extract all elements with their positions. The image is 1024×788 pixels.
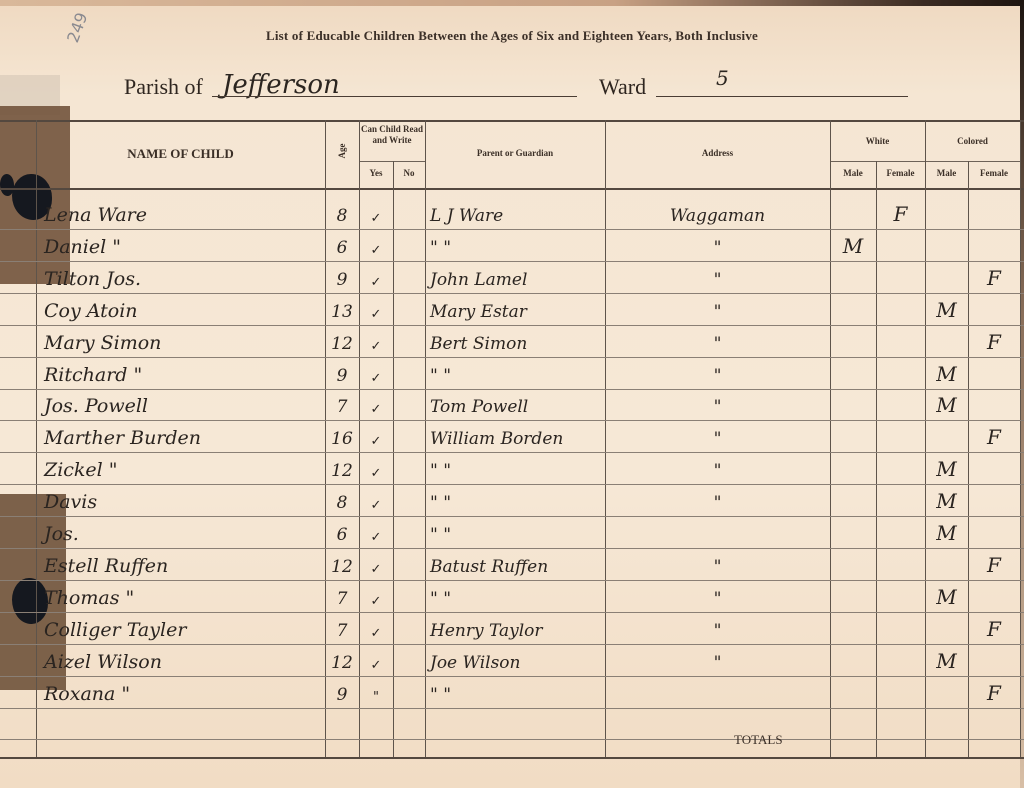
child-name: Zickel " — [44, 459, 118, 481]
cell-address — [605, 517, 830, 548]
cell-parent: William Borden — [430, 421, 605, 452]
cell-yes: ✓ — [359, 613, 393, 644]
cell-wm — [830, 549, 876, 580]
header-colored: Colored — [925, 136, 1020, 146]
cell-wf — [876, 453, 925, 484]
cell-parent: Henry Taylor — [430, 613, 605, 644]
cell-age: 12 — [325, 326, 359, 357]
cell-parent: Tom Powell — [430, 389, 605, 420]
cm-value: M — [936, 457, 956, 481]
cell-cm: M — [925, 453, 968, 484]
address-value: " — [714, 461, 722, 481]
cell-wm — [830, 453, 876, 484]
form-title: List of Educable Children Between the Ag… — [0, 28, 1024, 44]
cell-address: " — [605, 230, 830, 261]
cell-wf — [876, 358, 925, 389]
cell-wf — [876, 262, 925, 293]
cell-yes: ✓ — [359, 421, 393, 452]
cell-age: 8 — [325, 198, 359, 229]
cm-value: M — [936, 585, 956, 609]
cell-wf — [876, 645, 925, 676]
address-value: " — [714, 621, 722, 641]
cell-parent: " " — [430, 453, 605, 484]
cell-cf — [968, 453, 1020, 484]
age-value: 7 — [337, 621, 348, 641]
child-name: Marther Burden — [44, 427, 201, 449]
cell-address: " — [605, 421, 830, 452]
cell-age: 6 — [325, 230, 359, 261]
cell-wm — [830, 581, 876, 612]
cell-wm — [830, 421, 876, 452]
age-value: 12 — [331, 653, 353, 673]
binder-hole-edge-top — [0, 174, 14, 196]
cell-cf: F — [968, 262, 1020, 293]
cell-parent: Bert Simon — [430, 326, 605, 357]
cell-parent: " " — [430, 677, 605, 708]
child-name: Thomas " — [44, 587, 134, 609]
cell-cm: M — [925, 389, 968, 420]
cm-value: M — [936, 298, 956, 322]
check-mark-icon: ✓ — [371, 243, 382, 258]
cell-cm — [925, 549, 968, 580]
cell-name: Thomas " — [44, 581, 324, 612]
cell-cf: F — [968, 421, 1020, 452]
cell-wf — [876, 485, 925, 516]
check-mark-icon: ✓ — [371, 402, 382, 417]
cell-yes: ✓ — [359, 262, 393, 293]
cell-age: 12 — [325, 549, 359, 580]
age-value: 7 — [337, 589, 348, 609]
cell-cf: F — [968, 549, 1020, 580]
header-name: NAME OF CHILD — [36, 146, 325, 162]
header-address: Address — [605, 148, 830, 158]
age-value: 13 — [331, 302, 353, 322]
cell-cm — [925, 230, 968, 261]
table-bottom-rule — [0, 757, 1024, 759]
age-value: 7 — [337, 397, 348, 417]
check-mark-icon: ✓ — [371, 434, 382, 449]
cf-value: F — [987, 553, 1001, 577]
parish-label: Parish of — [124, 74, 203, 100]
header-bottom-rule — [0, 188, 1024, 190]
cell-parent: " " — [430, 517, 605, 548]
parent-value: " " — [430, 493, 451, 513]
header-white-female: Female — [876, 168, 925, 178]
age-value: 9 — [337, 366, 348, 386]
cell-cm — [925, 677, 968, 708]
parent-value: " " — [430, 589, 451, 609]
child-name: Daniel " — [44, 236, 121, 258]
cell-age: 7 — [325, 613, 359, 644]
cell-age: 9 — [325, 358, 359, 389]
cell-cf: F — [968, 613, 1020, 644]
cell-parent: " " — [430, 230, 605, 261]
parent-value: " " — [430, 525, 451, 545]
cell-wf — [876, 581, 925, 612]
cell-parent: L J Ware — [430, 198, 605, 229]
header-parent: Parent or Guardian — [425, 148, 605, 158]
child-name: Coy Atoin — [44, 300, 138, 322]
address-value: " — [714, 302, 722, 322]
cell-address — [605, 677, 830, 708]
cell-wm — [830, 645, 876, 676]
cell-cm — [925, 326, 968, 357]
address-value: " — [714, 557, 722, 577]
cell-age: 12 — [325, 453, 359, 484]
parent-value: Joe Wilson — [430, 653, 520, 673]
cell-name: Marther Burden — [44, 421, 324, 452]
cell-name: Daniel " — [44, 230, 324, 261]
cell-wm — [830, 485, 876, 516]
readwrite-subrule — [359, 161, 425, 162]
cell-yes: ✓ — [359, 326, 393, 357]
cell-name: Lena Ware — [44, 198, 324, 229]
cell-name: Ritchard " — [44, 358, 324, 389]
ward-value: 5 — [716, 66, 729, 90]
cell-yes: ✓ — [359, 581, 393, 612]
cell-cf — [968, 645, 1020, 676]
cell-address: " — [605, 326, 830, 357]
cell-age: 7 — [325, 389, 359, 420]
cell-address: " — [605, 453, 830, 484]
ward-label: Ward — [599, 74, 646, 100]
totals-label: TOTALS — [734, 732, 783, 748]
cell-age: 9 — [325, 262, 359, 293]
paper-top-edge — [0, 0, 1024, 6]
cell-name: Zickel " — [44, 453, 324, 484]
address-value: Waggaman — [670, 206, 765, 226]
cell-address: " — [605, 294, 830, 325]
child-name: Tilton Jos. — [44, 268, 141, 290]
cell-wf: F — [876, 198, 925, 229]
cf-value: F — [987, 266, 1001, 290]
cell-cm: M — [925, 294, 968, 325]
cell-yes: ✓ — [359, 230, 393, 261]
cf-value: F — [987, 425, 1001, 449]
cell-wm — [830, 389, 876, 420]
parent-value: Bert Simon — [430, 334, 527, 354]
cell-yes: ✓ — [359, 198, 393, 229]
cell-name: Jos. — [44, 517, 324, 548]
age-value: 9 — [337, 685, 348, 705]
cell-wf — [876, 549, 925, 580]
age-value: 12 — [331, 334, 353, 354]
child-name: Colliger Tayler — [44, 619, 186, 641]
cell-name: Aizel Wilson — [44, 645, 324, 676]
col-line-parent — [425, 120, 426, 757]
binder-hole-bottom — [12, 578, 48, 624]
cell-wf — [876, 421, 925, 452]
cell-yes: ✓ — [359, 358, 393, 389]
cell-parent: " " — [430, 485, 605, 516]
child-name: Estell Ruffen — [44, 555, 168, 577]
cell-name: Coy Atoin — [44, 294, 324, 325]
cell-wm — [830, 326, 876, 357]
check-mark-icon: ✓ — [371, 658, 382, 673]
cell-cm — [925, 198, 968, 229]
cell-wm — [830, 517, 876, 548]
cell-age: 8 — [325, 485, 359, 516]
cell-yes: ✓ — [359, 517, 393, 548]
cell-cf — [968, 358, 1020, 389]
cm-value: M — [936, 649, 956, 673]
cm-value: M — [936, 521, 956, 545]
cell-parent: Batust Ruffen — [430, 549, 605, 580]
check-mark-icon: ✓ — [371, 275, 382, 290]
cell-address: " — [605, 485, 830, 516]
check-mark-icon: ✓ — [371, 498, 382, 513]
wf-value: F — [894, 202, 908, 226]
cf-value: F — [987, 681, 1001, 705]
age-value: 9 — [337, 270, 348, 290]
col-line-right — [1020, 120, 1021, 757]
cell-wm — [830, 294, 876, 325]
col-line-margin — [36, 120, 37, 757]
cell-wm — [830, 262, 876, 293]
child-name: Ritchard " — [44, 364, 142, 386]
header-white-male: Male — [830, 168, 876, 178]
header-no: No — [393, 168, 425, 178]
cell-name: Estell Ruffen — [44, 549, 324, 580]
cell-cm: M — [925, 581, 968, 612]
child-name: Aizel Wilson — [44, 651, 162, 673]
cell-parent: " " — [430, 358, 605, 389]
cell-cm: M — [925, 358, 968, 389]
parish-underline — [212, 96, 577, 97]
cell-parent: Joe Wilson — [430, 645, 605, 676]
address-value: " — [714, 334, 722, 354]
cell-yes: " — [359, 677, 393, 708]
cell-cm: M — [925, 517, 968, 548]
check-mark-icon: ✓ — [371, 562, 382, 577]
check-mark-icon: ✓ — [371, 626, 382, 641]
check-mark-icon: ✓ — [371, 371, 382, 386]
header-yes: Yes — [359, 168, 393, 178]
parent-value: " " — [430, 366, 451, 386]
cell-wf — [876, 294, 925, 325]
cell-cm — [925, 613, 968, 644]
cell-age: 16 — [325, 421, 359, 452]
address-value: " — [714, 589, 722, 609]
check-mark-icon: ✓ — [371, 211, 382, 226]
cell-name: Jos. Powell — [44, 389, 324, 420]
cell-wm — [830, 677, 876, 708]
child-name: Mary Simon — [44, 332, 161, 354]
cell-cm — [925, 421, 968, 452]
cell-wf — [876, 326, 925, 357]
check-mark-icon: ✓ — [371, 307, 382, 322]
ward-underline — [656, 96, 908, 97]
cell-name: Mary Simon — [44, 326, 324, 357]
address-value: " — [714, 397, 722, 417]
cell-address: " — [605, 613, 830, 644]
parent-value: John Lamel — [430, 270, 527, 290]
cell-address: " — [605, 262, 830, 293]
parent-value: William Borden — [430, 429, 563, 449]
check-mark-icon: ✓ — [371, 466, 382, 481]
address-value: " — [714, 366, 722, 386]
address-value: " — [714, 270, 722, 290]
cell-age: 7 — [325, 581, 359, 612]
check-mark-icon: ✓ — [371, 594, 382, 609]
age-value: 6 — [337, 238, 348, 258]
cell-parent: " " — [430, 581, 605, 612]
address-value: " — [714, 653, 722, 673]
parent-value: Batust Ruffen — [430, 557, 548, 577]
header-age: Age — [337, 137, 347, 165]
cell-cm — [925, 262, 968, 293]
cell-wf — [876, 677, 925, 708]
cell-yes: ✓ — [359, 294, 393, 325]
cell-cf: F — [968, 677, 1020, 708]
parent-value: " " — [430, 685, 451, 705]
cell-wf — [876, 389, 925, 420]
age-value: 8 — [337, 206, 348, 226]
cm-value: M — [936, 489, 956, 513]
cell-parent: Mary Estar — [430, 294, 605, 325]
age-value: 16 — [331, 429, 353, 449]
cm-value: M — [936, 362, 956, 386]
table-top-rule — [0, 120, 1024, 122]
col-line-no — [393, 161, 394, 757]
cell-yes: ✓ — [359, 453, 393, 484]
check-mark-icon: " — [373, 690, 379, 705]
cell-wm — [830, 358, 876, 389]
cell-yes: ✓ — [359, 645, 393, 676]
header-white: White — [830, 136, 925, 146]
cell-parent: John Lamel — [430, 262, 605, 293]
cell-wm: M — [830, 230, 876, 261]
cell-wf — [876, 613, 925, 644]
header-read-write: Can Child Read and Write — [361, 124, 423, 146]
cell-cf — [968, 517, 1020, 548]
child-name: Jos. — [44, 523, 79, 545]
cell-age: 12 — [325, 645, 359, 676]
check-mark-icon: ✓ — [371, 339, 382, 354]
cell-address: " — [605, 549, 830, 580]
parent-value: Mary Estar — [430, 302, 527, 322]
cell-yes: ✓ — [359, 549, 393, 580]
address-value: " — [714, 493, 722, 513]
cell-cf — [968, 230, 1020, 261]
parent-value: Henry Taylor — [430, 621, 543, 641]
cell-age: 13 — [325, 294, 359, 325]
header-colored-female: Female — [968, 168, 1020, 178]
row-rule — [0, 739, 1024, 740]
cell-address: " — [605, 389, 830, 420]
cell-cf — [968, 485, 1020, 516]
parent-value: " " — [430, 461, 451, 481]
cell-age: 6 — [325, 517, 359, 548]
address-value: " — [714, 238, 722, 258]
cell-cf: F — [968, 326, 1020, 357]
cell-wm — [830, 613, 876, 644]
cell-wm — [830, 198, 876, 229]
cell-name: Colliger Tayler — [44, 613, 324, 644]
cell-address: " — [605, 358, 830, 389]
check-mark-icon: ✓ — [371, 530, 382, 545]
cell-address: " — [605, 581, 830, 612]
cell-address: " — [605, 645, 830, 676]
child-name: Jos. Powell — [44, 395, 148, 417]
cell-name: Roxana " — [44, 677, 324, 708]
wm-value: M — [843, 234, 863, 258]
cell-cf — [968, 389, 1020, 420]
cell-age: 9 — [325, 677, 359, 708]
cell-address: Waggaman — [605, 198, 830, 229]
age-value: 12 — [331, 557, 353, 577]
child-name: Davis — [44, 491, 97, 513]
age-value: 12 — [331, 461, 353, 481]
cell-cf — [968, 198, 1020, 229]
age-value: 8 — [337, 493, 348, 513]
cell-yes: ✓ — [359, 485, 393, 516]
header-colored-male: Male — [925, 168, 968, 178]
cm-value: M — [936, 393, 956, 417]
cell-wf — [876, 230, 925, 261]
cell-name: Tilton Jos. — [44, 262, 324, 293]
cell-cm: M — [925, 485, 968, 516]
parent-value: Tom Powell — [430, 397, 528, 417]
cell-cm: M — [925, 645, 968, 676]
cell-name: Davis — [44, 485, 324, 516]
cell-cf — [968, 294, 1020, 325]
address-value: " — [714, 429, 722, 449]
child-name: Lena Ware — [44, 204, 147, 226]
parent-value: " " — [430, 238, 451, 258]
cf-value: F — [987, 330, 1001, 354]
row-rule — [0, 708, 1024, 709]
cell-yes: ✓ — [359, 389, 393, 420]
cf-value: F — [987, 617, 1001, 641]
cell-wf — [876, 517, 925, 548]
age-value: 6 — [337, 525, 348, 545]
child-name: Roxana " — [44, 683, 130, 705]
cell-cf — [968, 581, 1020, 612]
parent-value: L J Ware — [430, 206, 503, 226]
